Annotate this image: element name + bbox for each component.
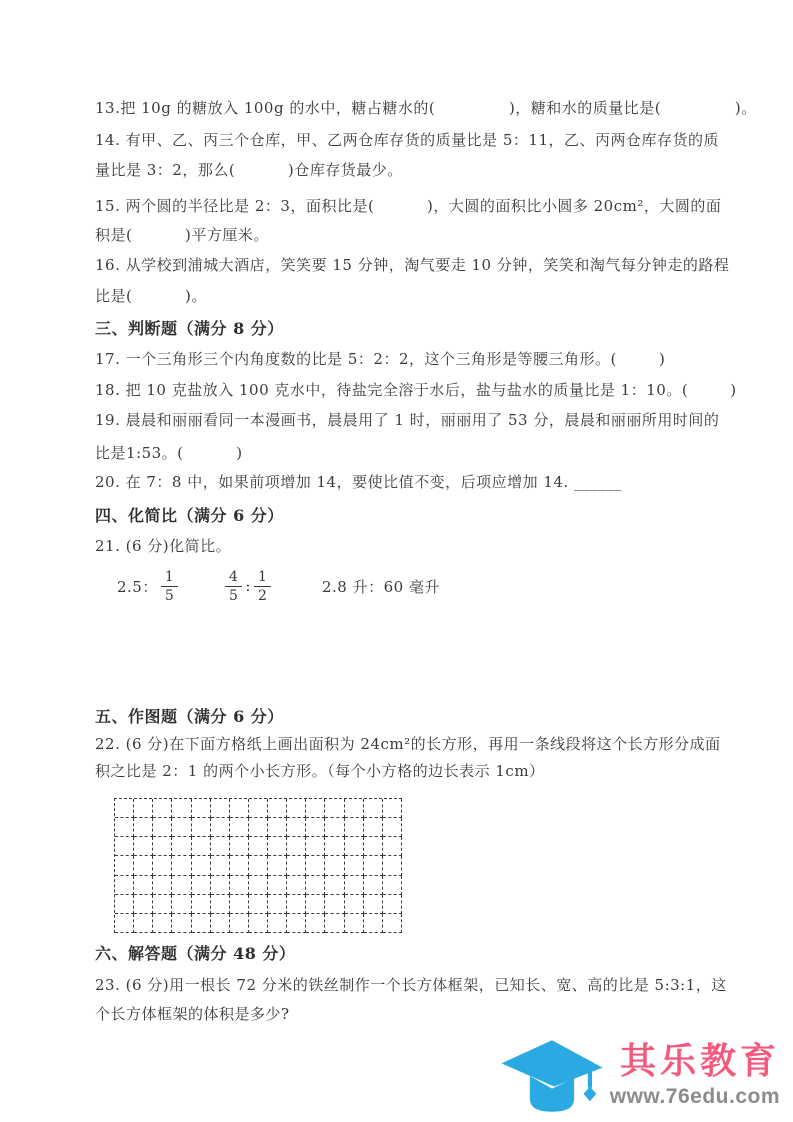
solve-q23-line1: 23. (6 分)用一根长 72 分米的铁丝制作一个长方体框架，已知长、宽、高的… <box>95 976 727 995</box>
grid-cell <box>153 818 172 837</box>
judge-q19-line2: 比是1:53。( ) <box>95 444 243 463</box>
simplify-section-title: 四、化简比（满分 6 分） <box>95 506 284 525</box>
grid-cell <box>249 876 268 895</box>
grid-cell <box>153 914 172 933</box>
grid-cell <box>383 895 402 914</box>
grid-cell <box>249 837 268 856</box>
grid-cell <box>364 837 383 856</box>
grid-cell <box>172 799 191 818</box>
grid-cell <box>115 799 134 818</box>
grid-cell <box>364 818 383 837</box>
judge-section-title: 三、判断题（满分 8 分） <box>95 319 284 338</box>
judge-q20: 20. 在 7：8 中，如果前项增加 14，要使比值不变，后项应增加 14. _… <box>95 473 622 492</box>
grid-cell <box>249 914 268 933</box>
grid-cell <box>345 856 364 875</box>
grid-cell <box>268 837 287 856</box>
grid-cell <box>115 876 134 895</box>
fill-q14-line2: 量比是 3：2，那么( )仓库存货最少。 <box>95 161 403 180</box>
grid-cell <box>134 914 153 933</box>
grid-cell <box>287 856 306 875</box>
grid-cell <box>172 837 191 856</box>
grid-cell <box>115 837 134 856</box>
simplify-item-2-colon: : <box>245 577 251 595</box>
brand-name: 其乐教育 <box>620 1042 780 1080</box>
fill-q16-line2: 比是( )。 <box>95 287 207 306</box>
grid-cell <box>268 895 287 914</box>
grid-cell <box>211 818 230 837</box>
fraction-four-fifths: 45 <box>225 569 242 604</box>
grid-cell <box>134 799 153 818</box>
grid-cell <box>383 914 402 933</box>
grid-cell <box>249 895 268 914</box>
grid-cell <box>268 914 287 933</box>
grid-cell <box>268 799 287 818</box>
grid-cell <box>306 837 325 856</box>
grid-cell <box>211 914 230 933</box>
grid-cell <box>230 837 249 856</box>
grid-cell <box>306 876 325 895</box>
grid-cell <box>325 876 344 895</box>
grid-cell <box>211 876 230 895</box>
simplify-item-1-prefix: 2.5： <box>117 576 158 597</box>
simplify-item-2: 45:12 <box>222 563 274 609</box>
grid-cell <box>268 876 287 895</box>
grid-cell <box>211 856 230 875</box>
grid-cell <box>153 799 172 818</box>
grid-cell <box>287 895 306 914</box>
grid-cell <box>325 837 344 856</box>
grid-cell <box>325 895 344 914</box>
grid-cell <box>134 818 153 837</box>
grid-cell <box>249 799 268 818</box>
grid-cell <box>153 876 172 895</box>
grid-cell <box>192 895 211 914</box>
grid-cell <box>153 856 172 875</box>
grid-cell <box>306 799 325 818</box>
fill-q16-line1: 16. 从学校到浦城大酒店，笑笑要 15 分钟，淘气要走 10 分钟，笑笑和淘气… <box>95 256 729 275</box>
grid-cell <box>383 837 402 856</box>
grid-cell <box>153 837 172 856</box>
grid-cell <box>192 837 211 856</box>
grid-cell <box>115 856 134 875</box>
site-logo: 其乐教育 www.76edu.com <box>488 1034 788 1118</box>
simplify-expressions-row: 2.5：15 45:12 2.8 升：60 毫升 <box>95 563 695 609</box>
grid-cell <box>383 856 402 875</box>
grid-cell <box>364 876 383 895</box>
grid-cell <box>134 856 153 875</box>
grid-cell <box>345 818 364 837</box>
grid-cell <box>325 856 344 875</box>
grid-cell <box>230 914 249 933</box>
grid-cell <box>230 895 249 914</box>
solve-section-title: 六、解答题（满分 48 分） <box>95 944 295 963</box>
grid-cell <box>192 856 211 875</box>
grid-cell <box>287 837 306 856</box>
grid-cell <box>192 914 211 933</box>
grid-cell <box>345 799 364 818</box>
fraction-one-fifth: 15 <box>161 569 178 604</box>
grid-cell <box>134 837 153 856</box>
grid-cell <box>268 818 287 837</box>
grid-cell <box>230 876 249 895</box>
grid-cell <box>192 799 211 818</box>
grid-cell <box>115 895 134 914</box>
grid-cell <box>364 799 383 818</box>
grid-cell <box>287 799 306 818</box>
grid-cell <box>172 856 191 875</box>
grid-cell <box>172 876 191 895</box>
fill-q14-line1: 14. 有甲、乙、丙三个仓库，甲、乙两仓库存货的质量比是 5：11，乙、丙两仓库… <box>95 131 719 150</box>
grid-cell <box>172 914 191 933</box>
grid-cell <box>172 895 191 914</box>
grid-cell <box>287 876 306 895</box>
grid-cell <box>230 856 249 875</box>
grid-cell <box>345 895 364 914</box>
grid-cell <box>306 818 325 837</box>
grid-cell <box>230 799 249 818</box>
site-url[interactable]: www.76edu.com <box>610 1086 780 1108</box>
judge-q17: 17. 一个三角形三个内角度数的比是 5：2：2，这个三角形是等腰三角形。( ) <box>95 350 665 369</box>
grid-cell <box>211 895 230 914</box>
grid-cell <box>325 818 344 837</box>
grid-cell <box>249 856 268 875</box>
grid-cell <box>115 818 134 837</box>
draw-q22-line1: 22. (6 分)在下面方格纸上画出面积为 24cm²的长方形，再用一条线段将这… <box>95 735 721 754</box>
grid-cell <box>364 895 383 914</box>
grid-cell <box>325 799 344 818</box>
grid-cell <box>230 818 249 837</box>
grid-cell <box>364 856 383 875</box>
simplify-q21-intro: 21. (6 分)化简比。 <box>95 537 231 556</box>
grid-cell <box>345 837 364 856</box>
fraction-one-half: 12 <box>254 569 271 604</box>
grid-cell <box>153 895 172 914</box>
grid-cell <box>287 818 306 837</box>
fill-q15-line1: 15. 两个圆的半径比是 2：3，面积比是( )，大圆的面积比小圆多 20cm²… <box>95 197 721 216</box>
simplify-item-1: 2.5：15 <box>117 563 181 609</box>
judge-q18: 18. 把 10 克盐放入 100 克水中，待盐完全溶于水后，盐与盐水的质量比是… <box>95 381 737 400</box>
simplify-item-3: 2.8 升：60 毫升 <box>322 563 440 609</box>
grid-cell <box>306 895 325 914</box>
grid-cell <box>383 876 402 895</box>
grid-cell <box>134 876 153 895</box>
grid-cell <box>325 914 344 933</box>
grid-cell <box>134 895 153 914</box>
solve-q23-line2: 个长方体框架的体积是多少? <box>95 1005 290 1024</box>
graduation-cap-icon <box>498 1036 606 1116</box>
grid-cell <box>364 914 383 933</box>
draw-section-title: 五、作图题（满分 6 分） <box>95 707 284 726</box>
grid-cell <box>192 818 211 837</box>
grid-cell <box>287 914 306 933</box>
grid-cell <box>345 876 364 895</box>
grid-cell <box>211 799 230 818</box>
grid-cell <box>115 914 134 933</box>
grid-cell <box>192 876 211 895</box>
draw-q22-line2: 积之比是 2：1 的两个小长方形。（每个小方格的边长表示 1cm） <box>95 762 545 781</box>
grid-cell <box>306 856 325 875</box>
exam-paper-page: 13.把 10g 的糖放入 100g 的水中，糖占糖水的( )，糖和水的质量比是… <box>0 0 793 1122</box>
grid-cell <box>383 799 402 818</box>
drawing-grid[interactable] <box>114 798 402 933</box>
grid-cell <box>306 914 325 933</box>
judge-q19-line1: 19. 晨晨和丽丽看同一本漫画书，晨晨用了 1 时，丽丽用了 53 分，晨晨和丽… <box>95 411 719 430</box>
grid-cell <box>345 914 364 933</box>
grid-cell <box>383 818 402 837</box>
grid-cell <box>172 818 191 837</box>
grid-cell <box>211 837 230 856</box>
fill-q13: 13.把 10g 的糖放入 100g 的水中，糖占糖水的( )，糖和水的质量比是… <box>95 99 757 118</box>
grid-cell <box>249 818 268 837</box>
fill-q15-line2: 积是( )平方厘米。 <box>95 226 269 245</box>
grid-cell <box>268 856 287 875</box>
